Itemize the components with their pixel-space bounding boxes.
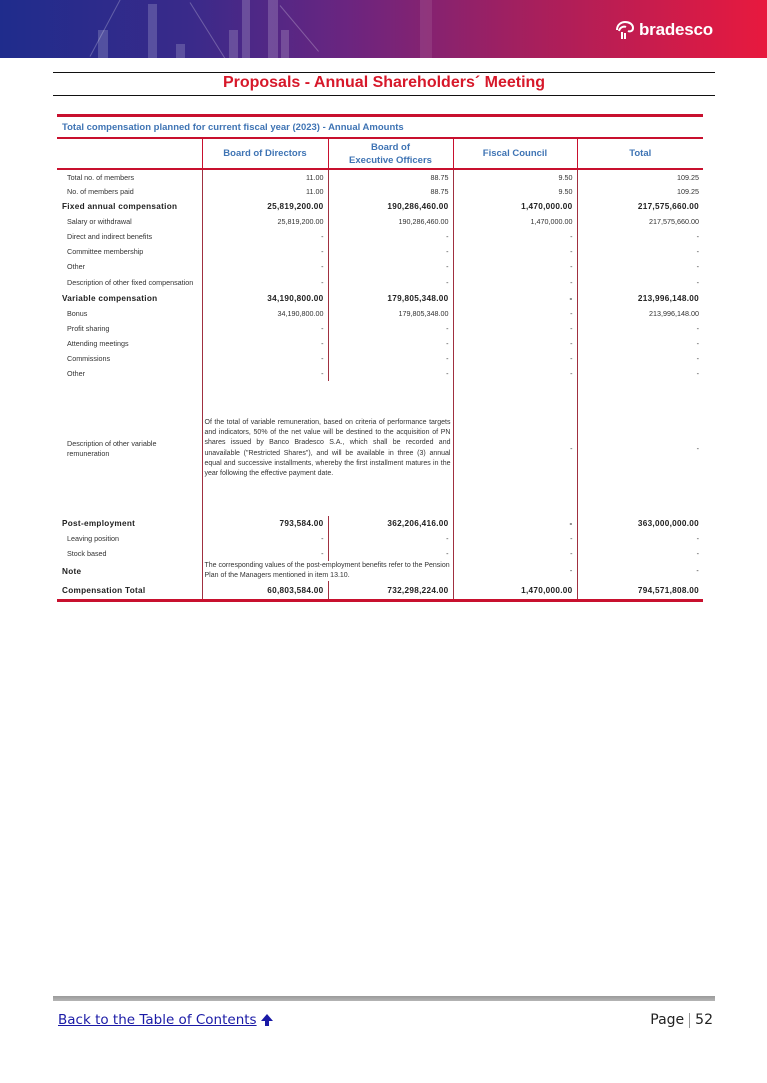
table-row-members-paid: No. of members paid 11.00 88.75 9.50 109…	[57, 184, 703, 199]
compensation-section: Total compensation planned for current f…	[57, 114, 703, 602]
table-header-row: Board of Directors Board of Executive Of…	[57, 139, 703, 169]
row-label: Direct and indirect benefits	[57, 229, 202, 244]
cell-value: -	[328, 274, 453, 291]
cell-value: 88.75	[328, 169, 453, 184]
page-title: Proposals - Annual Shareholders´ Meeting	[53, 74, 715, 92]
title-bottom-rule	[53, 95, 715, 96]
cell-value: 88.75	[328, 184, 453, 199]
col-header-fiscal-council: Fiscal Council	[453, 139, 577, 169]
header-banner: bradesco	[0, 0, 767, 58]
table-row-bonus: Bonus 34,190,800.00 179,805,348.00 - 213…	[57, 306, 703, 321]
cell-value: 1,470,000.00	[453, 214, 577, 229]
row-label: Compensation Total	[57, 581, 202, 600]
cell-value: -	[453, 381, 577, 516]
cell-value: -	[202, 351, 328, 366]
back-to-toc-link[interactable]: Back to the Table of Contents	[58, 1012, 274, 1028]
cell-value: -	[577, 561, 703, 581]
col-header-total: Total	[577, 139, 703, 169]
cell-value: 217,575,660.00	[577, 199, 703, 214]
cell-value: -	[577, 366, 703, 381]
table-row-other-variable: Other - - - -	[57, 366, 703, 381]
cell-value: 190,286,460.00	[328, 199, 453, 214]
cell-value: 34,190,800.00	[202, 291, 328, 306]
table-row-other-fixed: Other - - - -	[57, 259, 703, 274]
cell-value: -	[453, 351, 577, 366]
cell-value: -	[577, 381, 703, 516]
page-separator	[689, 1013, 690, 1028]
row-label: Leaving position	[57, 531, 202, 546]
table-row-total-members: Total no. of members 11.00 88.75 9.50 10…	[57, 169, 703, 184]
row-label: Post-employment	[57, 516, 202, 531]
table-row-salary: Salary or withdrawal 25,819,200.00 190,2…	[57, 214, 703, 229]
cell-value: -	[202, 229, 328, 244]
cell-value: -	[577, 336, 703, 351]
brand-name: bradesco	[639, 20, 713, 40]
row-label: Description of other variable remunerati…	[57, 381, 202, 516]
cell-value: 60,803,584.00	[202, 581, 328, 600]
table-row-committee: Committee membership - - - -	[57, 244, 703, 259]
cell-value: 109.25	[577, 169, 703, 184]
page-label: Page	[650, 1012, 684, 1028]
cell-value: 363,000,000.00	[577, 516, 703, 531]
cell-value: 362,206,416.00	[328, 516, 453, 531]
table-row-desc-variable: Description of other variable remunerati…	[57, 381, 703, 516]
row-label: Total no. of members	[57, 169, 202, 184]
cell-value: -	[328, 321, 453, 336]
row-label: No. of members paid	[57, 184, 202, 199]
cell-value: -	[453, 366, 577, 381]
table-caption: Total compensation planned for current f…	[57, 117, 703, 137]
row-label: Other	[57, 366, 202, 381]
cell-value: -	[202, 274, 328, 291]
cell-value: 9.50	[453, 184, 577, 199]
cell-value: -	[453, 336, 577, 351]
table-row-commissions: Commissions - - - -	[57, 351, 703, 366]
footer-rule	[53, 996, 715, 1001]
cell-value: -	[577, 274, 703, 291]
cell-value: -	[328, 546, 453, 561]
cell-value: -	[453, 291, 577, 306]
cell-value: -	[202, 546, 328, 561]
row-label: Bonus	[57, 306, 202, 321]
row-label: Variable compensation	[57, 291, 202, 306]
table-row-stock-based: Stock based - - - -	[57, 546, 703, 561]
cell-value: -	[328, 351, 453, 366]
cell-value: 190,286,460.00	[328, 214, 453, 229]
compensation-table: Board of Directors Board of Executive Of…	[57, 139, 703, 602]
cell-value: -	[577, 546, 703, 561]
cell-value: -	[202, 366, 328, 381]
col-header-executive-officers: Board of Executive Officers	[328, 139, 453, 169]
cell-value: -	[328, 259, 453, 274]
cell-value: -	[202, 259, 328, 274]
cell-value: 179,805,348.00	[328, 291, 453, 306]
cell-value: 213,996,148.00	[577, 306, 703, 321]
cell-value: 794,571,808.00	[577, 581, 703, 600]
cell-value: 25,819,200.00	[202, 214, 328, 229]
cell-value: 109.25	[577, 184, 703, 199]
cell-value: 11.00	[202, 184, 328, 199]
page-number: 52	[695, 1012, 713, 1028]
cell-value: -	[453, 306, 577, 321]
cell-value: 179,805,348.00	[328, 306, 453, 321]
table-row-post-employment: Post-employment 793,584.00 362,206,416.0…	[57, 516, 703, 531]
table-row-benefits: Direct and indirect benefits - - - -	[57, 229, 703, 244]
post-employment-note: The corresponding values of the post-emp…	[202, 561, 453, 581]
cell-value: 217,575,660.00	[577, 214, 703, 229]
row-label: Attending meetings	[57, 336, 202, 351]
cell-value: 732,298,224.00	[328, 581, 453, 600]
cell-value: -	[328, 244, 453, 259]
bradesco-logo: bradesco	[615, 20, 713, 40]
row-label: Commissions	[57, 351, 202, 366]
back-link-label[interactable]: Back to the Table of Contents	[58, 1012, 257, 1028]
row-label: Other	[57, 259, 202, 274]
arrow-up-icon[interactable]	[260, 1013, 274, 1027]
cell-value: 1,470,000.00	[453, 199, 577, 214]
cell-value: 1,470,000.00	[453, 581, 577, 600]
table-row-note: Note The corresponding values of the pos…	[57, 561, 703, 581]
title-top-rule	[53, 72, 715, 73]
cell-value: -	[202, 244, 328, 259]
cell-value: -	[328, 366, 453, 381]
cell-value: -	[577, 351, 703, 366]
cell-value: -	[453, 546, 577, 561]
cell-value: 25,819,200.00	[202, 199, 328, 214]
row-label: Stock based	[57, 546, 202, 561]
page-indicator: Page 52	[650, 1012, 713, 1028]
cell-value: -	[328, 531, 453, 546]
row-label: Description of other fixed compensation	[57, 274, 202, 291]
cell-value: -	[453, 244, 577, 259]
cell-value: -	[202, 321, 328, 336]
cell-value: -	[202, 336, 328, 351]
cell-value: 213,996,148.00	[577, 291, 703, 306]
cell-value: -	[453, 259, 577, 274]
table-row-leaving-position: Leaving position - - - -	[57, 531, 703, 546]
cell-value: -	[453, 321, 577, 336]
row-label: Profit sharing	[57, 321, 202, 336]
table-row-attending-meetings: Attending meetings - - - -	[57, 336, 703, 351]
bradesco-tree-icon	[615, 20, 635, 40]
cell-value: -	[453, 516, 577, 531]
table-row-desc-fixed: Description of other fixed compensation …	[57, 274, 703, 291]
cell-value: -	[577, 321, 703, 336]
cell-value: -	[453, 531, 577, 546]
cell-value: -	[453, 229, 577, 244]
cell-value: -	[577, 259, 703, 274]
cell-value: 793,584.00	[202, 516, 328, 531]
cell-value: 9.50	[453, 169, 577, 184]
cell-value: -	[453, 561, 577, 581]
col-header-label	[57, 139, 202, 169]
cell-value: -	[453, 274, 577, 291]
col-header-board-of-directors: Board of Directors	[202, 139, 328, 169]
table-row-variable-compensation: Variable compensation 34,190,800.00 179,…	[57, 291, 703, 306]
table-row-fixed-compensation: Fixed annual compensation 25,819,200.00 …	[57, 199, 703, 214]
row-label: Salary or withdrawal	[57, 214, 202, 229]
cell-value: -	[328, 336, 453, 351]
table-row-profit-sharing: Profit sharing - - - -	[57, 321, 703, 336]
cell-value: -	[577, 229, 703, 244]
cell-value: -	[202, 531, 328, 546]
cell-value: -	[577, 531, 703, 546]
cell-value: -	[328, 229, 453, 244]
row-label: Committee membership	[57, 244, 202, 259]
cell-value: 34,190,800.00	[202, 306, 328, 321]
variable-remuneration-description: Of the total of variable remuneration, b…	[202, 381, 453, 516]
cell-value: -	[577, 244, 703, 259]
row-label: Fixed annual compensation	[57, 199, 202, 214]
table-row-compensation-total: Compensation Total 60,803,584.00 732,298…	[57, 581, 703, 600]
row-label: Note	[57, 561, 202, 581]
cell-value: 11.00	[202, 169, 328, 184]
